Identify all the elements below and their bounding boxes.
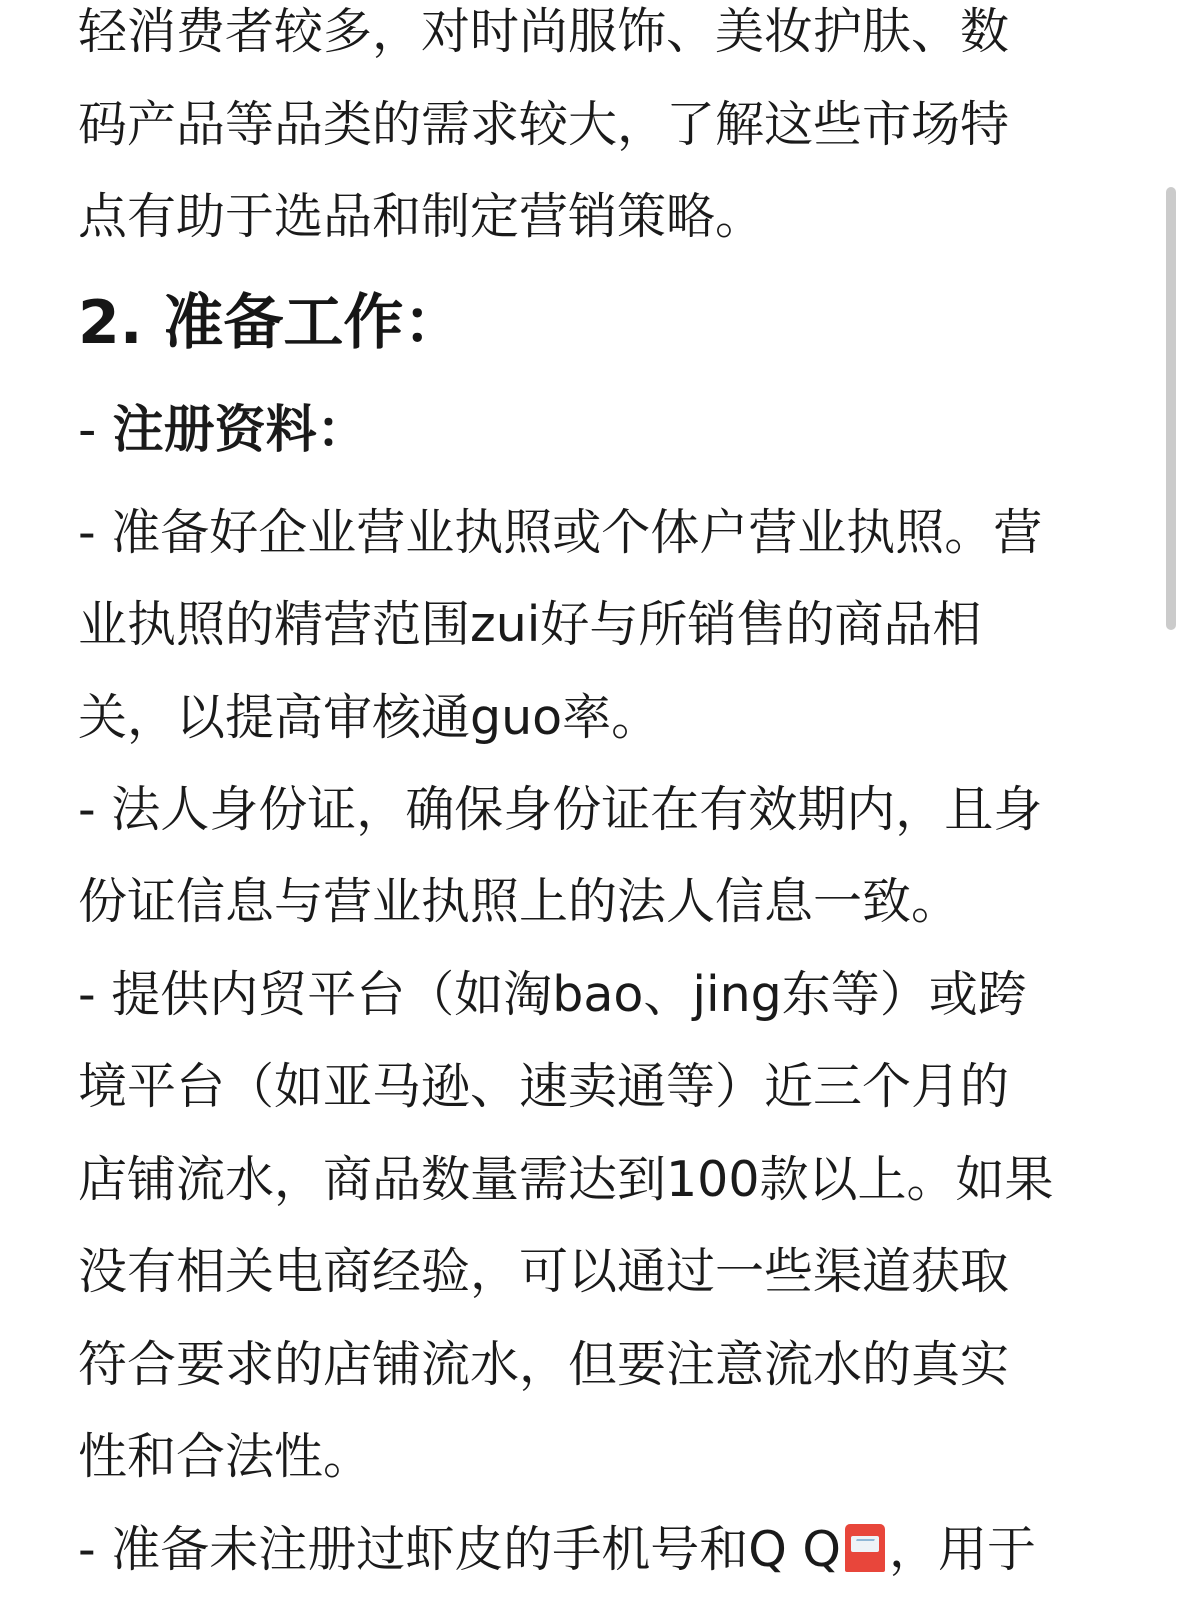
scrollbar-thumb[interactable] [1166, 187, 1176, 630]
list-item-line: 境平台（如亚马逊、速卖通等）近三个月的 [78, 1057, 1009, 1117]
list-item-line: - 准备好企业营业执照或个体户营业执照。营 [78, 503, 1042, 563]
list-item-line: 店铺流水，商品数量需达到100款以上。如果 [78, 1150, 1054, 1210]
bullet-dash: - [78, 401, 113, 460]
subheading-text: 注册资料： [113, 401, 368, 460]
list-item-line-partial: - 准备未注册过虾皮的手机号和Q Q，用于 [78, 1520, 1036, 1580]
postbox-emoji-icon [845, 1524, 885, 1572]
list-item-line: - 提供内贸平台（如淘bao、jing东等）或跨 [78, 965, 1027, 1025]
subheading-registration-materials: - 注册资料： [78, 400, 368, 462]
section-heading: 2. 准备工作： [78, 288, 463, 358]
list-item-line: - 法人身份证，确保身份证在有效期内，且身 [78, 780, 1042, 840]
paragraph-line: 点有助于选品和制定营销策略。 [78, 187, 764, 247]
list-item-line: 业执照的精营范围zui好与所销售的商品相 [78, 595, 981, 655]
paragraph-line: 码产品等品类的需求较大，了解这些市场特 [78, 95, 1009, 155]
list-item-line: 性和合法性。 [78, 1427, 372, 1487]
paragraph-line: 轻消费者较多，对时尚服饰、美妆护肤、数 [78, 2, 1009, 62]
list-item-line: 关，以提高审核通guo率。 [78, 688, 660, 748]
list-item-line: 份证信息与营业执照上的法人信息一致。 [78, 872, 960, 932]
list-item-text: - 准备未注册过虾皮的手机号和Q Q [78, 1521, 841, 1578]
list-item-line: 符合要求的店铺流水，但要注意流水的真实 [78, 1335, 1009, 1395]
list-item-line: 没有相关电商经验，可以通过一些渠道获取 [78, 1242, 1009, 1302]
article-content: 轻消费者较多，对时尚服饰、美妆护肤、数 码产品等品类的需求较大，了解这些市场特 … [0, 0, 1199, 1599]
list-item-text: ，用于 [889, 1521, 1036, 1578]
